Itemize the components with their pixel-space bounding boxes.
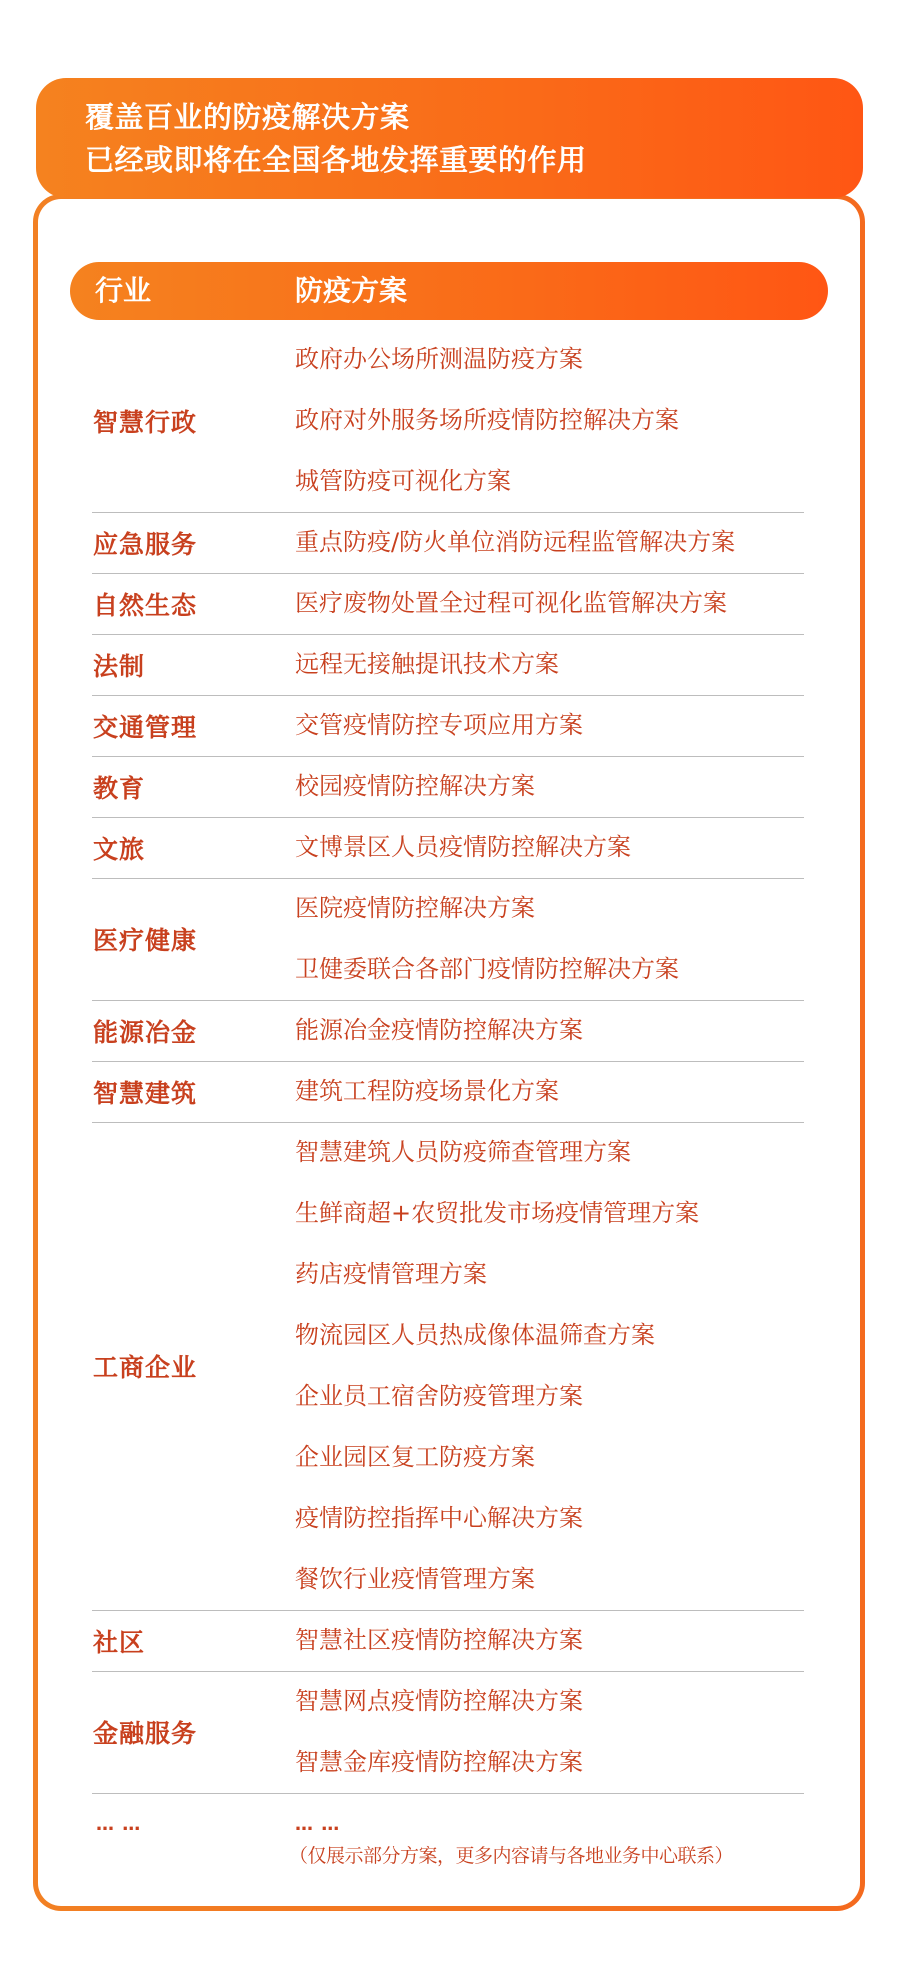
industry-ellipsis: … … bbox=[96, 1805, 141, 1845]
solution-item: 药店疫情管理方案 bbox=[295, 1244, 900, 1305]
table-row-group: 法制远程无接触提讯技术方案 bbox=[0, 634, 900, 695]
industry-label: 智慧行政 bbox=[93, 329, 197, 512]
table-row-group: 智慧建筑建筑工程防疫场景化方案 bbox=[0, 1061, 900, 1122]
solution-item: 校园疫情防控解决方案 bbox=[295, 756, 900, 817]
solution-list: 政府办公场所测温防疫方案政府对外服务场所疫情防控解决方案城管防疫可视化方案 bbox=[295, 329, 900, 512]
solution-item: 卫健委联合各部门疫情防控解决方案 bbox=[295, 939, 900, 1000]
table-row-group: 金融服务智慧网点疫情防控解决方案智慧金库疫情防控解决方案 bbox=[0, 1671, 900, 1793]
title-banner: 覆盖百业的防疫解决方案 已经或即将在全国各地发挥重要的作用 bbox=[36, 78, 863, 198]
row-divider bbox=[92, 1793, 804, 1794]
solution-item: 文博景区人员疫情防控解决方案 bbox=[295, 817, 900, 878]
solution-item: 能源冶金疫情防控解决方案 bbox=[295, 1000, 900, 1061]
industry-label: 法制 bbox=[93, 634, 145, 695]
table-row-group: 智慧行政政府办公场所测温防疫方案政府对外服务场所疫情防控解决方案城管防疫可视化方… bbox=[0, 329, 900, 512]
industry-label: 自然生态 bbox=[93, 573, 197, 634]
solution-item: 重点防疫/防火单位消防远程监管解决方案 bbox=[295, 512, 900, 573]
solution-item: 企业园区复工防疫方案 bbox=[295, 1427, 900, 1488]
title-line-1: 覆盖百业的防疫解决方案 bbox=[85, 97, 410, 137]
table-row-group: 文旅文博景区人员疫情防控解决方案 bbox=[0, 817, 900, 878]
solution-item: 智慧建筑人员防疫筛查管理方案 bbox=[295, 1122, 900, 1183]
solution-ellipsis: … … bbox=[295, 1805, 340, 1845]
industry-label: 能源冶金 bbox=[93, 1000, 197, 1061]
solution-item: 政府办公场所测温防疫方案 bbox=[295, 329, 900, 390]
industry-label: 教育 bbox=[93, 756, 145, 817]
solution-item: 餐饮行业疫情管理方案 bbox=[295, 1549, 900, 1610]
footnote: （仅展示部分方案，更多内容请与各地业务中心联系） bbox=[289, 1841, 733, 1871]
industry-label: 应急服务 bbox=[93, 512, 197, 573]
solution-list: 建筑工程防疫场景化方案 bbox=[295, 1061, 900, 1122]
table-row-group: 医疗健康医院疫情防控解决方案卫健委联合各部门疫情防控解决方案 bbox=[0, 878, 900, 1000]
solution-item: 物流园区人员热成像体温筛查方案 bbox=[295, 1305, 900, 1366]
solution-list: 远程无接触提讯技术方案 bbox=[295, 634, 900, 695]
solution-item: 生鲜商超+农贸批发市场疫情管理方案 bbox=[295, 1183, 900, 1244]
solution-item: 智慧网点疫情防控解决方案 bbox=[295, 1671, 900, 1732]
solution-item: 城管防疫可视化方案 bbox=[295, 451, 900, 512]
solution-list: 重点防疫/防火单位消防远程监管解决方案 bbox=[295, 512, 900, 573]
solution-item: 智慧金库疫情防控解决方案 bbox=[295, 1732, 900, 1793]
solution-item: 智慧社区疫情防控解决方案 bbox=[295, 1610, 900, 1671]
solution-list: 校园疫情防控解决方案 bbox=[295, 756, 900, 817]
industry-label: 医疗健康 bbox=[93, 878, 197, 1000]
solution-list: 智慧网点疫情防控解决方案智慧金库疫情防控解决方案 bbox=[295, 1671, 900, 1793]
industry-label: 文旅 bbox=[93, 817, 145, 878]
table-row-group: 能源冶金能源冶金疫情防控解决方案 bbox=[0, 1000, 900, 1061]
solution-list: 交管疫情防控专项应用方案 bbox=[295, 695, 900, 756]
solution-list: 智慧社区疫情防控解决方案 bbox=[295, 1610, 900, 1671]
industry-label: 智慧建筑 bbox=[93, 1061, 197, 1122]
table-row-group: 自然生态医疗废物处置全过程可视化监管解决方案 bbox=[0, 573, 900, 634]
table-body: 智慧行政政府办公场所测温防疫方案政府对外服务场所疫情防控解决方案城管防疫可视化方… bbox=[0, 329, 900, 1793]
solution-item: 政府对外服务场所疫情防控解决方案 bbox=[295, 390, 900, 451]
table-row-group: 教育校园疫情防控解决方案 bbox=[0, 756, 900, 817]
solution-item: 建筑工程防疫场景化方案 bbox=[295, 1061, 900, 1122]
solution-item: 企业员工宿舍防疫管理方案 bbox=[295, 1366, 900, 1427]
solution-list: 医疗废物处置全过程可视化监管解决方案 bbox=[295, 573, 900, 634]
column-header-industry: 行业 bbox=[95, 262, 151, 320]
table-row-group: 社区智慧社区疫情防控解决方案 bbox=[0, 1610, 900, 1671]
solution-item: 远程无接触提讯技术方案 bbox=[295, 634, 900, 695]
industry-label: 工商企业 bbox=[93, 1122, 197, 1610]
column-header-solution: 防疫方案 bbox=[295, 262, 407, 320]
table-header: 行业 防疫方案 bbox=[70, 262, 828, 320]
solution-list: 医院疫情防控解决方案卫健委联合各部门疫情防控解决方案 bbox=[295, 878, 900, 1000]
title-line-2: 已经或即将在全国各地发挥重要的作用 bbox=[85, 140, 587, 180]
solution-item: 医疗废物处置全过程可视化监管解决方案 bbox=[295, 573, 900, 634]
solution-list: 能源冶金疫情防控解决方案 bbox=[295, 1000, 900, 1061]
table-row-group: 交通管理交管疫情防控专项应用方案 bbox=[0, 695, 900, 756]
solution-item: 医院疫情防控解决方案 bbox=[295, 878, 900, 939]
solution-item: 交管疫情防控专项应用方案 bbox=[295, 695, 900, 756]
table-row-group: 工商企业智慧建筑人员防疫筛查管理方案生鲜商超+农贸批发市场疫情管理方案药店疫情管… bbox=[0, 1122, 900, 1610]
industry-label: 社区 bbox=[93, 1610, 145, 1671]
industry-label: 金融服务 bbox=[93, 1671, 197, 1793]
table-row-group: 应急服务重点防疫/防火单位消防远程监管解决方案 bbox=[0, 512, 900, 573]
solution-list: 智慧建筑人员防疫筛查管理方案生鲜商超+农贸批发市场疫情管理方案药店疫情管理方案物… bbox=[295, 1122, 900, 1610]
solution-list: 文博景区人员疫情防控解决方案 bbox=[295, 817, 900, 878]
industry-label: 交通管理 bbox=[93, 695, 197, 756]
solution-item: 疫情防控指挥中心解决方案 bbox=[295, 1488, 900, 1549]
